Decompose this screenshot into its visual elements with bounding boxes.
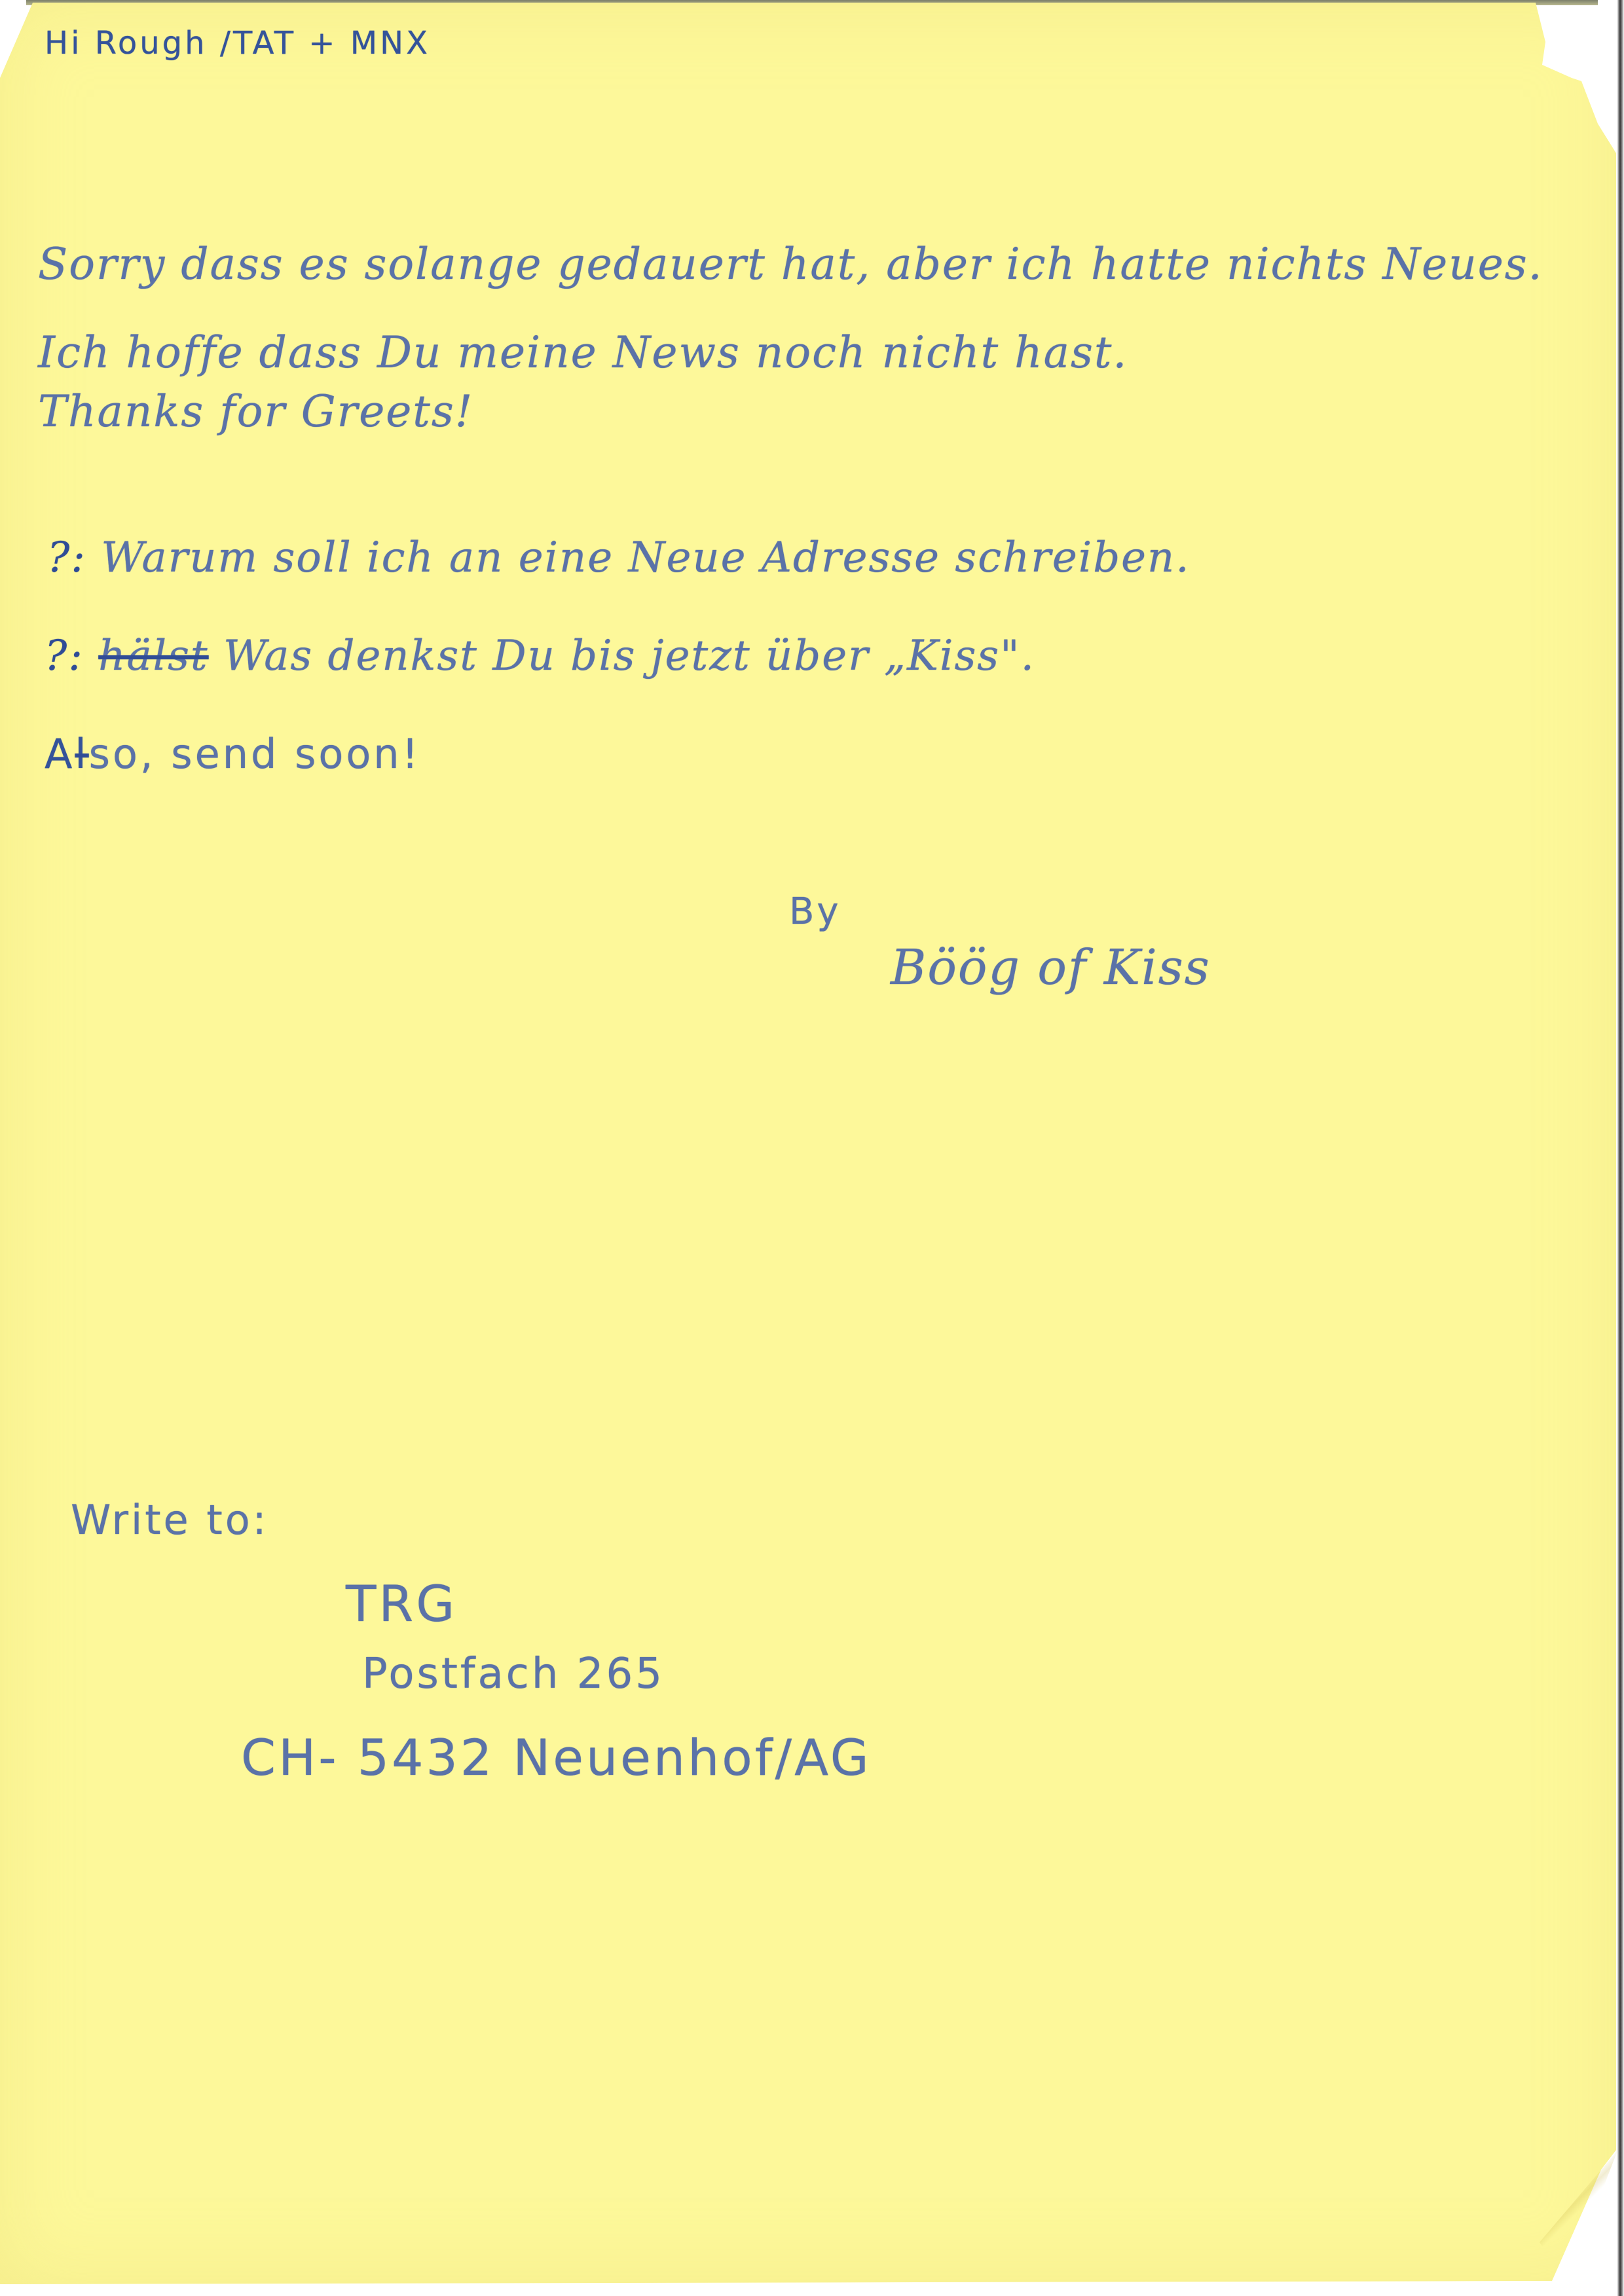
question-text: Was denkst Du bis jetzt über „Kiss". — [223, 632, 1035, 680]
closing-line: Also, send soon! — [45, 730, 420, 778]
question-2: ?: hälst Was denkst Du bis jetzt über „K… — [45, 632, 1035, 680]
closing-prefix: A — [45, 730, 75, 778]
address-name: TRG — [346, 1575, 457, 1633]
address-po-box: Postfach 265 — [362, 1650, 665, 1698]
greeting-line: Hi Rough /TAT + MNX — [45, 25, 430, 62]
body-line-2: Ich hoffe dass Du meine News noch nicht … — [38, 327, 1128, 378]
question-marker: ?: — [45, 632, 84, 680]
closing-text: so, send soon! — [89, 730, 421, 778]
signature-name: Böög of Kiss — [891, 939, 1211, 996]
struck-out-word: hälst — [98, 632, 208, 680]
question-marker: ?: — [47, 534, 86, 582]
question-1: ?: Warum soll ich an eine Neue Adresse s… — [47, 534, 1190, 582]
signature-by: By — [789, 890, 841, 933]
struck-out-letter: l — [75, 730, 88, 778]
question-text: Warum soll ich an eine Neue Adresse schr… — [101, 534, 1190, 582]
body-line-1: Sorry dass es solange gedauert hat, aber… — [38, 239, 1543, 289]
body-line-3: Thanks for Greets! — [38, 386, 473, 437]
address-label: Write to: — [71, 1496, 269, 1544]
scan-right-edge — [1617, 0, 1624, 2296]
address-city: CH- 5432 Neuenhof/AG — [241, 1728, 872, 1787]
